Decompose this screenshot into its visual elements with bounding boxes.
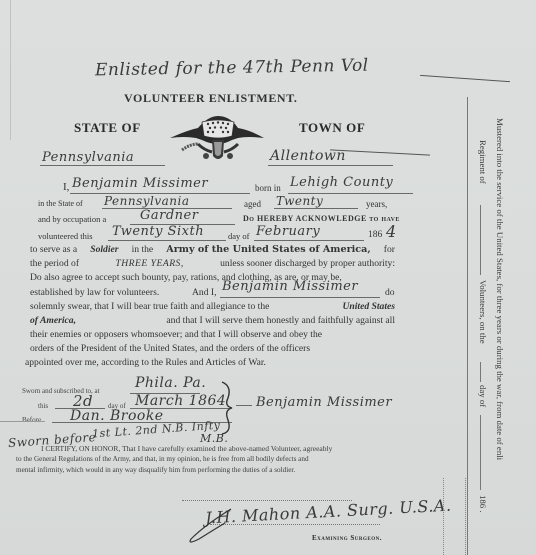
margin-rule-1 bbox=[467, 97, 468, 555]
oath-text-1: solemnly swear, that I will bear true fa… bbox=[30, 301, 269, 312]
sworn-month: March 1864 bbox=[135, 393, 226, 409]
margin-dotted-1 bbox=[443, 478, 444, 555]
heading-flourish bbox=[420, 75, 510, 82]
period-line: the period of THREE YEARS, unless sooner… bbox=[30, 258, 395, 269]
town-underline bbox=[268, 165, 393, 166]
and-i-label: And I, bbox=[192, 287, 217, 298]
three-years-text: THREE YEARS, bbox=[115, 258, 183, 269]
margin-year-label: 186 . bbox=[478, 495, 488, 513]
margin-day-of-label: day of bbox=[478, 385, 488, 407]
discharge-text: unless sooner discharged by proper autho… bbox=[220, 258, 395, 269]
certify-line-1: I CERTIFY, ON HONOR, That I have careful… bbox=[41, 444, 332, 453]
examining-surgeon-label: Examining Surgeon. bbox=[312, 534, 382, 542]
oath-name-underline bbox=[220, 297, 380, 298]
certify-text-3: mental infirmity, which would in any way… bbox=[16, 466, 295, 474]
oath-text-3: their enemies or opposers whomsoever; an… bbox=[30, 329, 322, 340]
certify-line-2: to the General Regulations of the Army, … bbox=[16, 455, 309, 463]
in-state-label: in the State of bbox=[38, 199, 83, 208]
certify-line-3: mental infirmity, which would in any way… bbox=[16, 466, 295, 474]
enlistee-name: Benjamin Missimer bbox=[72, 176, 208, 191]
volunteered-label: volunteered this bbox=[38, 231, 93, 241]
enlistment-document: Enlisted for the 47th Penn Vol VOLUNTEER… bbox=[0, 0, 536, 555]
united-states-text: United States bbox=[342, 301, 395, 312]
age-value: Twenty bbox=[276, 194, 323, 208]
eagle-shield-icon bbox=[168, 110, 266, 166]
i-label: I, bbox=[63, 181, 69, 193]
of-america-text: of America, bbox=[30, 315, 76, 326]
bracket-mark bbox=[220, 380, 234, 436]
age-underline bbox=[274, 208, 358, 209]
document-title: VOLUNTEER ENLISTMENT. bbox=[124, 91, 298, 106]
handwritten-heading: Enlisted for the 47th Penn Vol bbox=[95, 56, 369, 81]
oath-line-1: solemnly swear, that I will bear true fa… bbox=[30, 301, 395, 312]
day-blank bbox=[480, 362, 481, 382]
in-the-text: in the bbox=[132, 244, 154, 255]
serve-text: to serve as a bbox=[30, 244, 77, 255]
surgeon-signature-line-top bbox=[182, 500, 352, 501]
year-suffix: 4 bbox=[386, 222, 397, 241]
established-text: established by law for volunteers. bbox=[30, 287, 159, 298]
occupation-value: Gardner bbox=[140, 208, 198, 223]
state-label: STATE OF bbox=[74, 120, 141, 136]
this-label: this bbox=[38, 402, 48, 410]
town-label: TOWN OF bbox=[299, 120, 365, 136]
regiment-blank bbox=[480, 205, 481, 275]
acknowledge-label: Do HEREBY ACKNOWLEDGE to have bbox=[243, 214, 400, 223]
signature-loop bbox=[185, 505, 235, 545]
page-edge-line bbox=[10, 0, 11, 140]
born-state: Pennsylvania bbox=[104, 194, 190, 208]
day-of-label: day of bbox=[228, 231, 249, 241]
born-in-label: born in bbox=[255, 183, 281, 193]
oath-line-5: appointed over me, according to the Rule… bbox=[25, 357, 266, 368]
day-underline bbox=[108, 240, 226, 241]
sworn-place: Phila. Pa. bbox=[135, 375, 206, 391]
year-prefix: 186 bbox=[368, 230, 382, 240]
do-label: do bbox=[385, 287, 395, 298]
soldier-text: Soldier bbox=[90, 244, 118, 255]
oath-line-3: their enemies or opposers whomsoever; an… bbox=[30, 329, 395, 340]
signature-lead-line bbox=[236, 405, 252, 406]
for-text: for bbox=[384, 244, 395, 255]
oath-line-4: orders of the President of the United St… bbox=[30, 343, 395, 354]
oath-line-2: of America, and that I will serve them h… bbox=[30, 315, 395, 326]
margin-volunteers-label: Volunteers, on the bbox=[478, 280, 488, 344]
before-label: Before bbox=[22, 416, 41, 424]
army-text: Army of the United States of America, bbox=[166, 244, 370, 255]
margin-regiment-label: Regiment of bbox=[478, 140, 488, 184]
born-in-county: Lehigh County bbox=[290, 175, 393, 190]
serve-line: to serve as a Soldier in the Army of the… bbox=[30, 244, 395, 255]
month-blank bbox=[480, 415, 481, 490]
certify-text-2: to the General Regulations of the Army, … bbox=[16, 455, 309, 463]
month-underline bbox=[254, 240, 364, 241]
margin-dotted-2 bbox=[465, 478, 466, 555]
fold-line bbox=[0, 421, 45, 422]
state-underline bbox=[40, 165, 165, 166]
oath-name: Benjamin Missimer bbox=[222, 279, 358, 294]
margin-muster-line: Mustered into the service of the United … bbox=[495, 118, 505, 460]
month-value: February bbox=[256, 224, 320, 239]
oath-text-4: orders of the President of the United St… bbox=[30, 343, 310, 354]
years-label: years, bbox=[366, 199, 387, 209]
period-text: the period of bbox=[30, 258, 79, 269]
oath-text-2: and that I will serve them honestly and … bbox=[166, 315, 395, 326]
certify-text-1: I CERTIFY, ON HONOR, That I have careful… bbox=[41, 444, 332, 453]
volunteer-signature: Benjamin Missimer bbox=[256, 395, 392, 410]
occupation-label: and by occupation a bbox=[38, 214, 106, 224]
state-value: Pennsylvania bbox=[42, 150, 134, 165]
aged-label: aged bbox=[244, 199, 261, 209]
day-value: Twenty Sixth bbox=[112, 224, 204, 239]
